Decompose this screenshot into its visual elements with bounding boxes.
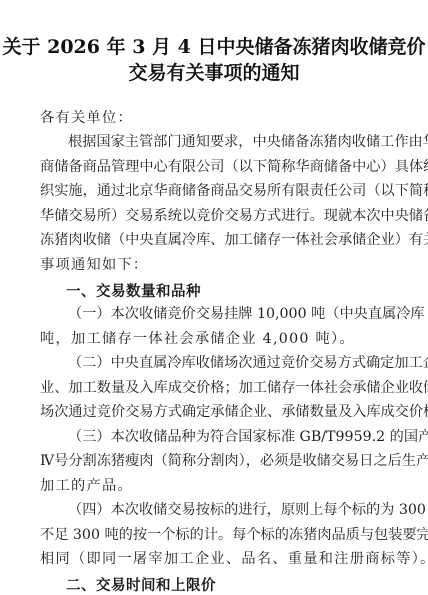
item-line: 不足 300 吨的按一个标的计。每个标的冻猪肉品质与包装要完全 bbox=[40, 526, 412, 544]
item-line: （三）本次收储品种为符合国家标准 GB/T9959.2 的国产Ⅱ号、 bbox=[68, 428, 412, 446]
paragraph-line: 根据国家主管部门通知要求，中央储备冻猪肉收储工作由华 bbox=[68, 133, 412, 151]
section-heading-1: 一、交易数量和品种 bbox=[66, 280, 201, 301]
salutation: 各有关单位： bbox=[40, 109, 412, 127]
paragraph-line: 织实施，通过北京华商储备商品交易所有限责任公司（以下简称 bbox=[40, 182, 412, 200]
item-line: （四）本次收储交易按标的进行，原则上每个标的为 300 吨， bbox=[68, 501, 412, 519]
document-title-line-1: 关于 2026 年 3 月 4 日中央储备冻猪肉收储竞价 bbox=[0, 32, 428, 59]
item-line: Ⅳ号分割冻猪瘦肉（简称分割肉），必须是收储交易日之后生产 bbox=[40, 452, 412, 470]
item-line: 场次通过竞价交易方式确定承储企业、承储数量及入库成交价格。 bbox=[40, 403, 412, 421]
document-title-line-2: 交易有关事项的通知 bbox=[0, 58, 428, 85]
item-line: （一）本次收储竞价交易挂牌 10,000 吨（中央直属冷库 6,000 bbox=[68, 305, 412, 323]
item-line: 加工的产品。 bbox=[40, 477, 412, 495]
item-line: 吨，加工储存一体社会承储企业 4,000 吨）。 bbox=[40, 330, 412, 348]
paragraph-line: 事项通知如下： bbox=[40, 256, 412, 274]
paragraph-line: 商储备商品管理中心有限公司（以下简称华商储备中心）具体组 bbox=[40, 158, 412, 176]
item-line: 业、加工数量及入库成交价格；加工储存一体社会承储企业收储 bbox=[40, 379, 412, 397]
item-line: （二）中央直属冷库收储场次通过竞价交易方式确定加工企 bbox=[68, 354, 412, 372]
paragraph-line: 冻猪肉收储（中央直属冷库、加工储存一体社会承储企业）有关 bbox=[40, 231, 412, 249]
section-heading-2: 二、交易时间和上限价 bbox=[66, 574, 216, 595]
item-line: 相同（即同一屠宰加工企业、品名、重量和注册商标等）。 bbox=[40, 550, 412, 568]
paragraph-line: 华储交易所）交易系统以竞价交易方式进行。现就本次中央储备 bbox=[40, 207, 412, 225]
